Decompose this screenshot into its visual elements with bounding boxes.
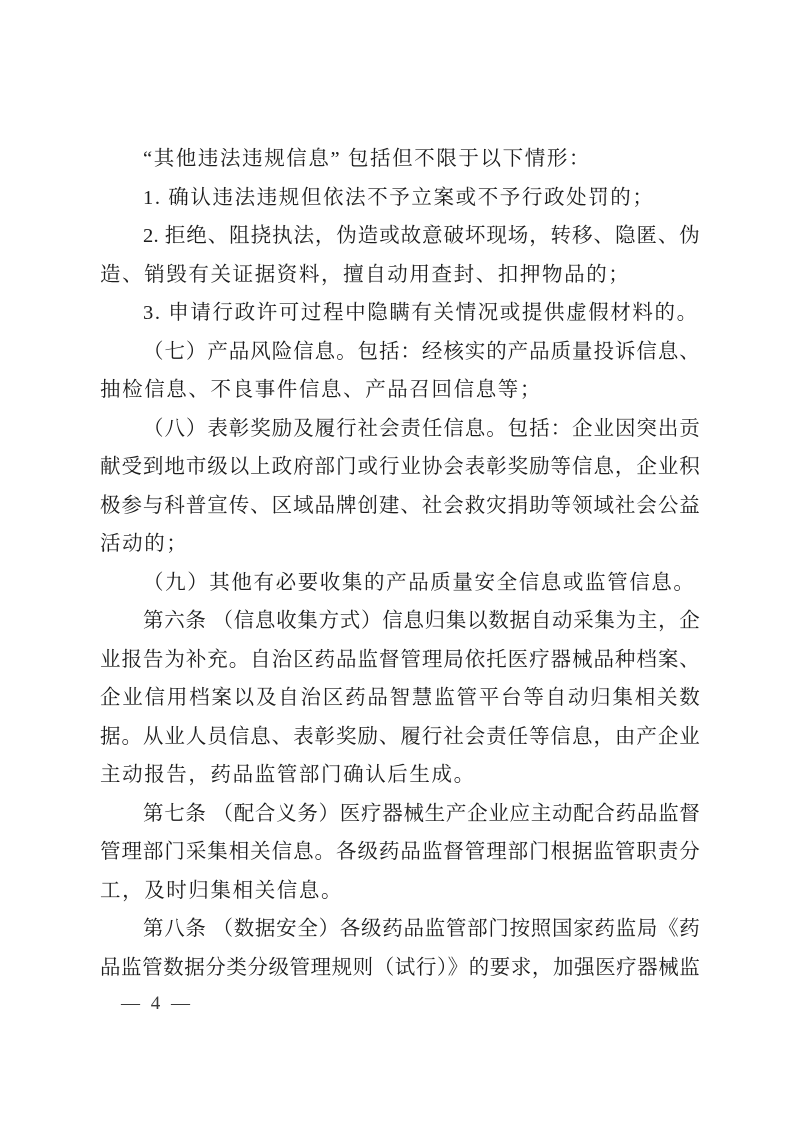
text-line: 2. 拒绝、阻挠执法，伪造或故意破坏现场，转移、隐匿、伪	[100, 217, 700, 256]
text-line: 企业信用档案以及自治区药品智慧监管平台等自动归集相关数	[100, 679, 700, 718]
text-line: 抽检信息、不良事件信息、产品召回信息等；	[100, 371, 700, 410]
page-number: — 4 —	[121, 992, 193, 1016]
text-line: （七）产品风险信息。包括：经核实的产品质量投诉信息、	[100, 333, 700, 372]
document-page: “其他违法违规信息” 包括但不限于以下情形：1. 确认违法违规但依法不予立案或不…	[0, 0, 793, 1122]
text-line: 第六条 （信息收集方式）信息归集以数据自动采集为主，企	[100, 602, 700, 641]
text-line: 品监管数据分类分级管理规则（试行）》的要求，加强医疗器械监	[100, 949, 700, 988]
text-line: “其他违法违规信息” 包括但不限于以下情形：	[100, 140, 700, 179]
text-line: 献受到地市级以上政府部门或行业协会表彰奖励等信息，企业积	[100, 448, 700, 487]
text-line: 造、销毁有关证据资料，擅自动用查封、扣押物品的；	[100, 256, 700, 295]
text-line: 管理部门采集相关信息。各级药品监督管理部门根据监管职责分	[100, 833, 700, 872]
text-line: 据。从业人员信息、表彰奖励、履行社会责任等信息，由产企业	[100, 718, 700, 757]
text-line: 3. 申请行政许可过程中隐瞒有关情况或提供虚假材料的。	[100, 294, 700, 333]
document-body: “其他违法违规信息” 包括但不限于以下情形：1. 确认违法违规但依法不予立案或不…	[100, 140, 700, 987]
text-line: 工，及时归集相关信息。	[100, 872, 700, 911]
text-line: 第八条 （数据安全）各级药品监管部门按照国家药监局《药	[100, 910, 700, 949]
text-line: 主动报告，药品监管部门确认后生成。	[100, 756, 700, 795]
text-line: （八）表彰奖励及履行社会责任信息。包括：企业因突出贡	[100, 410, 700, 449]
text-line: 业报告为补充。自治区药品监督管理局依托医疗器械品种档案、	[100, 641, 700, 680]
text-line: 极参与科普宣传、区域品牌创建、社会救灾捐助等领域社会公益	[100, 487, 700, 526]
text-line: 活动的；	[100, 525, 700, 564]
text-line: 第七条 （配合义务）医疗器械生产企业应主动配合药品监督	[100, 795, 700, 834]
text-line: （九）其他有必要收集的产品质量安全信息或监管信息。	[100, 564, 700, 603]
text-line: 1. 确认违法违规但依法不予立案或不予行政处罚的；	[100, 179, 700, 218]
